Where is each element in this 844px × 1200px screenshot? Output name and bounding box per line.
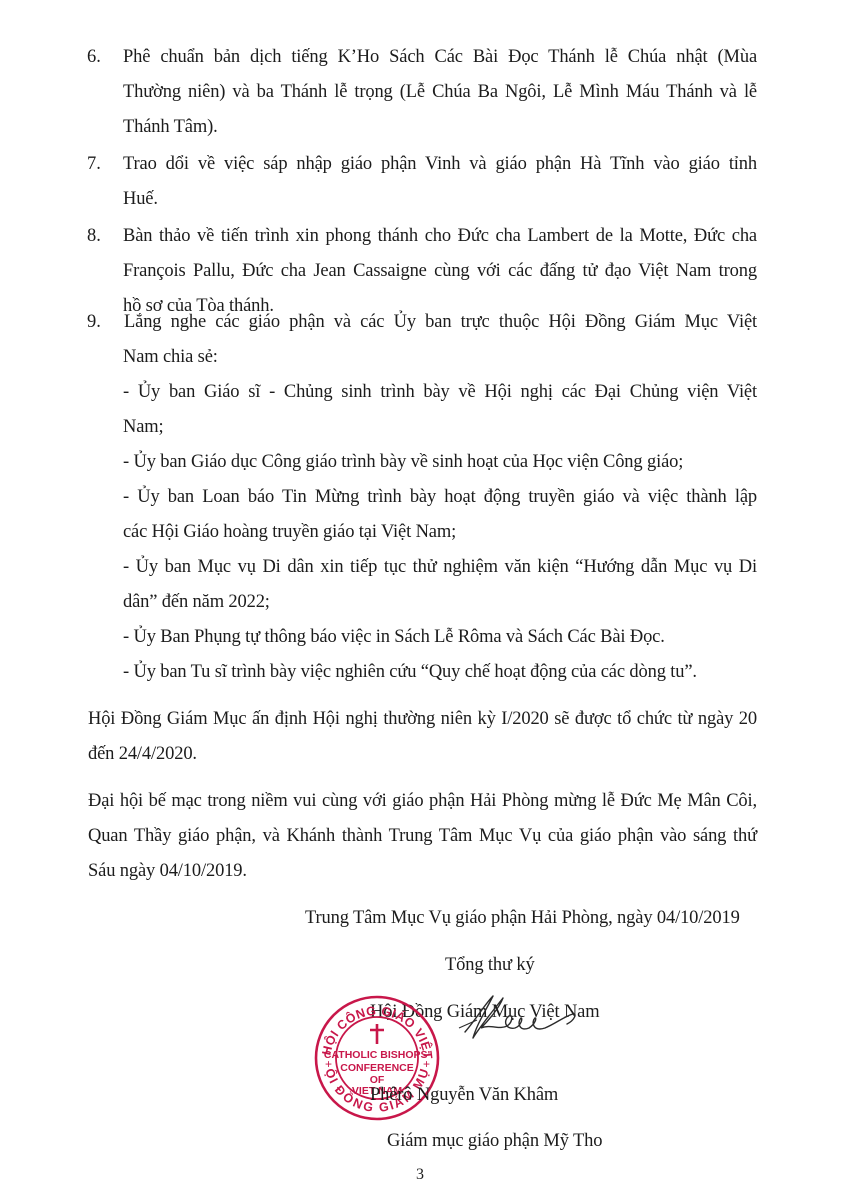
item-number: 7.	[87, 153, 101, 175]
item-7-line-2: Huế.	[123, 188, 158, 210]
paragraph-2-line-2: Quan Thầy giáo phận, và Khánh thành Trun…	[88, 825, 757, 847]
paragraph-1-line-2: đến 24/4/2020.	[88, 743, 197, 765]
item-9-line-9: dân” đến năm 2022;	[123, 591, 270, 613]
item-6-line-3: Thánh Tâm).	[123, 116, 218, 138]
item-number: 8.	[87, 225, 101, 247]
item-9-line-2: Nam chia sẻ:	[123, 346, 218, 368]
item-9-line-8: - Ủy ban Mục vụ Di dân xin tiếp tục thử …	[123, 556, 757, 578]
item-9-line-3: - Ủy ban Giáo sĩ - Chủng sinh trình bày …	[123, 381, 757, 403]
item-6-line-1: Phê chuẩn bản dịch tiếng K’Ho Sách Các B…	[123, 46, 757, 68]
item-7-line-1: Trao dổi về việc sáp nhập giáo phận Vinh…	[123, 153, 757, 175]
paragraph-2-line-3: Sáu ngày 04/10/2019.	[88, 860, 247, 882]
item-number: 9.	[87, 311, 101, 333]
item-9-line-6: - Ủy ban Loan báo Tin Mừng trình bày hoạ…	[123, 486, 757, 508]
item-9-line-10: - Ủy Ban Phụng tự thông báo việc in Sách…	[123, 626, 665, 648]
signer-title: Tổng thư ký	[445, 954, 535, 976]
document-page: 6. Phê chuẩn bản dịch tiếng K’Ho Sách Cá…	[0, 0, 844, 1200]
svg-text:CONFERENCE: CONFERENCE	[340, 1062, 414, 1074]
item-8-line-2: François Pallu, Đức cha Jean Cassaigne c…	[123, 260, 757, 282]
item-9-line-4: Nam;	[123, 416, 164, 438]
signer-name: Phêrô Nguyễn Văn Khâm	[370, 1084, 558, 1106]
paragraph-2-line-1: Đại hội bế mạc trong niềm vui cùng với g…	[88, 790, 757, 812]
page-number: 3	[416, 1166, 424, 1184]
item-9-line-1: Lắng nghe các giáo phận và các Ủy ban tr…	[124, 311, 757, 333]
item-9-line-11: - Ủy ban Tu sĩ trình bày việc nghiên cứu…	[123, 661, 697, 683]
place-date: Trung Tâm Mục Vụ giáo phận Hải Phòng, ng…	[305, 907, 740, 929]
paragraph-1-line-1: Hội Đồng Giám Mục ấn định Hội nghị thườn…	[88, 708, 757, 730]
item-6-line-2: Thường niên) và ba Thánh lễ trọng (Lễ Ch…	[123, 81, 757, 103]
signature-icon	[455, 990, 595, 1050]
signer-role: Giám mục giáo phận Mỹ Tho	[387, 1130, 602, 1152]
item-number: 6.	[87, 46, 101, 68]
item-9-line-7: các Hội Giáo hoàng truyền giáo tại Việt …	[123, 521, 456, 543]
svg-text:CATHOLIC BISHOPS': CATHOLIC BISHOPS'	[324, 1049, 430, 1061]
item-8-line-1: Bàn thảo về tiến trình xin phong thánh c…	[123, 225, 757, 247]
item-9-line-5: - Ủy ban Giáo dục Công giáo trình bày về…	[123, 451, 683, 473]
